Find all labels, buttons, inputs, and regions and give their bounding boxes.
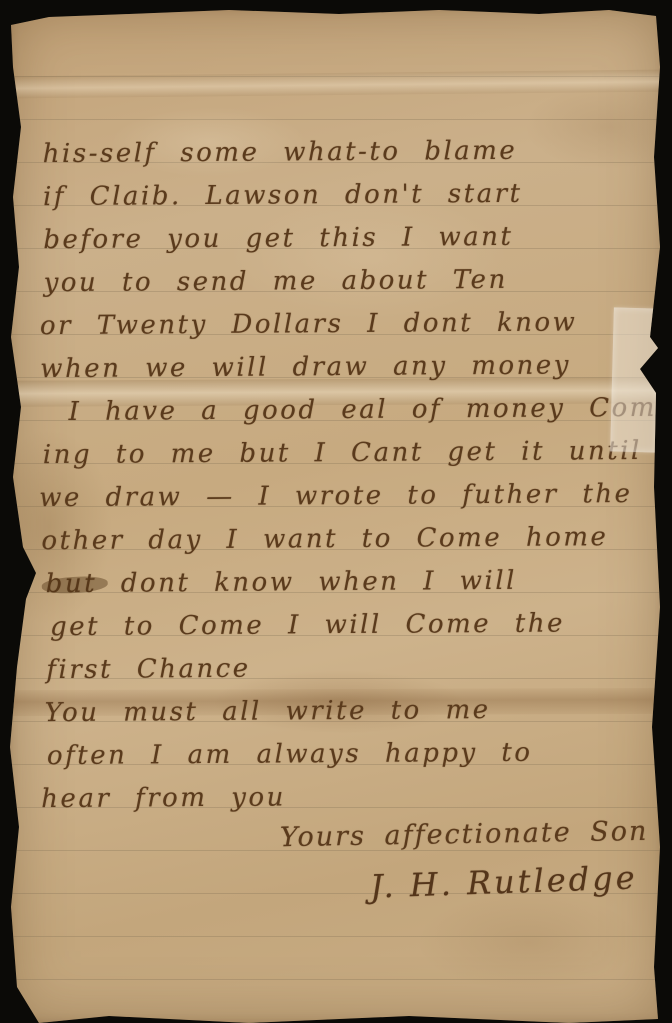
- letter-line: or Twenty Dollars I dont know: [40, 301, 650, 348]
- letter-line: often I am always happy to: [47, 731, 653, 778]
- letter-line: but dont know when I will: [46, 559, 652, 606]
- letter-line: his-self some what-to blame: [43, 129, 649, 176]
- letter-line: if Claib. Lawson don't start: [43, 172, 649, 219]
- letter-line: get to Come I will Come the: [50, 602, 652, 649]
- letter-line: before you get this I want: [43, 215, 649, 262]
- tape-repair: [610, 307, 660, 452]
- letter-line: hear from you: [41, 774, 653, 821]
- letter-line: first Chance: [46, 645, 652, 692]
- letter-body: his-self some what-to blame if Claib. La…: [43, 129, 654, 821]
- letter-line: we draw — I wrote to futher the: [39, 473, 651, 520]
- letter-line: you to send me about Ten: [44, 258, 650, 305]
- letter-closing: Yours affectionate Son: [279, 816, 648, 853]
- letter-line: ing to me but I Cant get it until: [43, 430, 651, 477]
- letter-line: when we will draw any money: [40, 344, 650, 391]
- letter-page: his-self some what-to blame if Claib. La…: [9, 7, 664, 1023]
- letter-line: other day I want to Come home: [41, 516, 651, 563]
- letter-line: You must all write to me: [45, 688, 653, 735]
- letter-scan: his-self some what-to blame if Claib. La…: [0, 0, 672, 1023]
- letter-line: I have a good eal of money Com-: [68, 387, 650, 434]
